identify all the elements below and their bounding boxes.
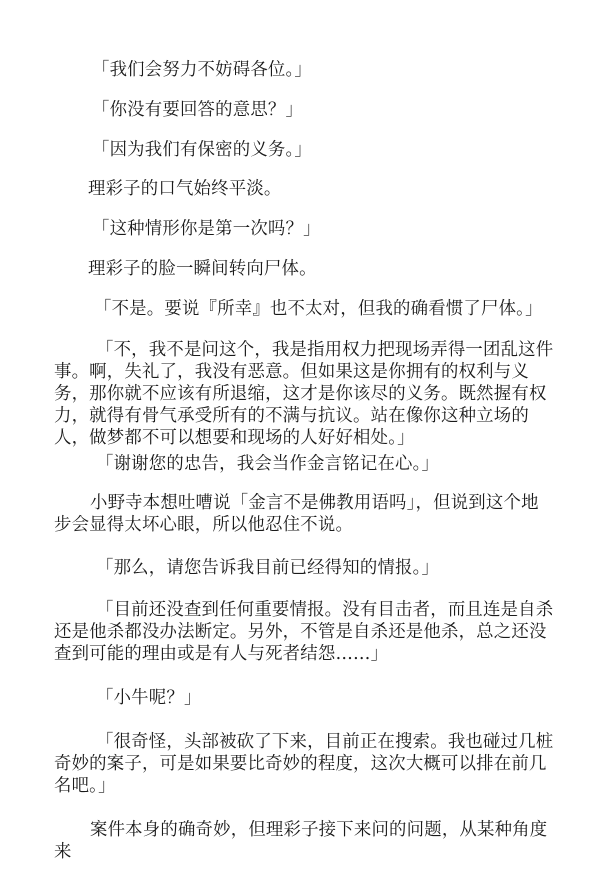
paragraph: 「小牛呢？」 <box>54 687 554 709</box>
paragraph: 理彩子的口气始终平淡。 <box>54 178 554 200</box>
paragraph: 小野寺本想吐嘈说「金言不是佛教用语吗」，但说到这个地步会显得太坏心眼，所以他忍住… <box>54 492 554 536</box>
paragraph: 「谢谢您的忠告，我会当作金言铭记在心。」 <box>54 453 554 475</box>
paragraph: 「我们会努力不妨碍各位。」 <box>54 59 554 81</box>
paragraph: 案件本身的确奇妙，但理彩子接下来问的问题，从某种角度来 <box>54 819 554 863</box>
paragraph: 「那么，请您告诉我目前已经得知的情报。」 <box>54 557 554 579</box>
paragraph: 「不，我不是问这个，我是指用权力把现场弄得一团乱这件事。啊，失礼了，我没有恶意。… <box>54 339 554 449</box>
paragraph: 「很奇怪，头部被砍了下来，目前正在搜索。我也碰过几桩奇妙的案子，可是如果要比奇妙… <box>54 731 554 797</box>
paragraph: 理彩子的脸一瞬间转向尸体。 <box>54 258 554 280</box>
paragraph: 「这种情形你是第一次吗？」 <box>54 218 554 240</box>
paragraph: 「因为我们有保密的义务。」 <box>54 139 554 161</box>
paragraph: 「目前还没查到任何重要情报。没有目击者，而且连是自杀还是他杀都没办法断定。另外，… <box>54 599 554 665</box>
paragraph: 「不是。要说『所幸』也不太对，但我的确看惯了尸体。」 <box>54 298 554 320</box>
paragraph: 「你没有要回答的意思？」 <box>54 99 554 121</box>
